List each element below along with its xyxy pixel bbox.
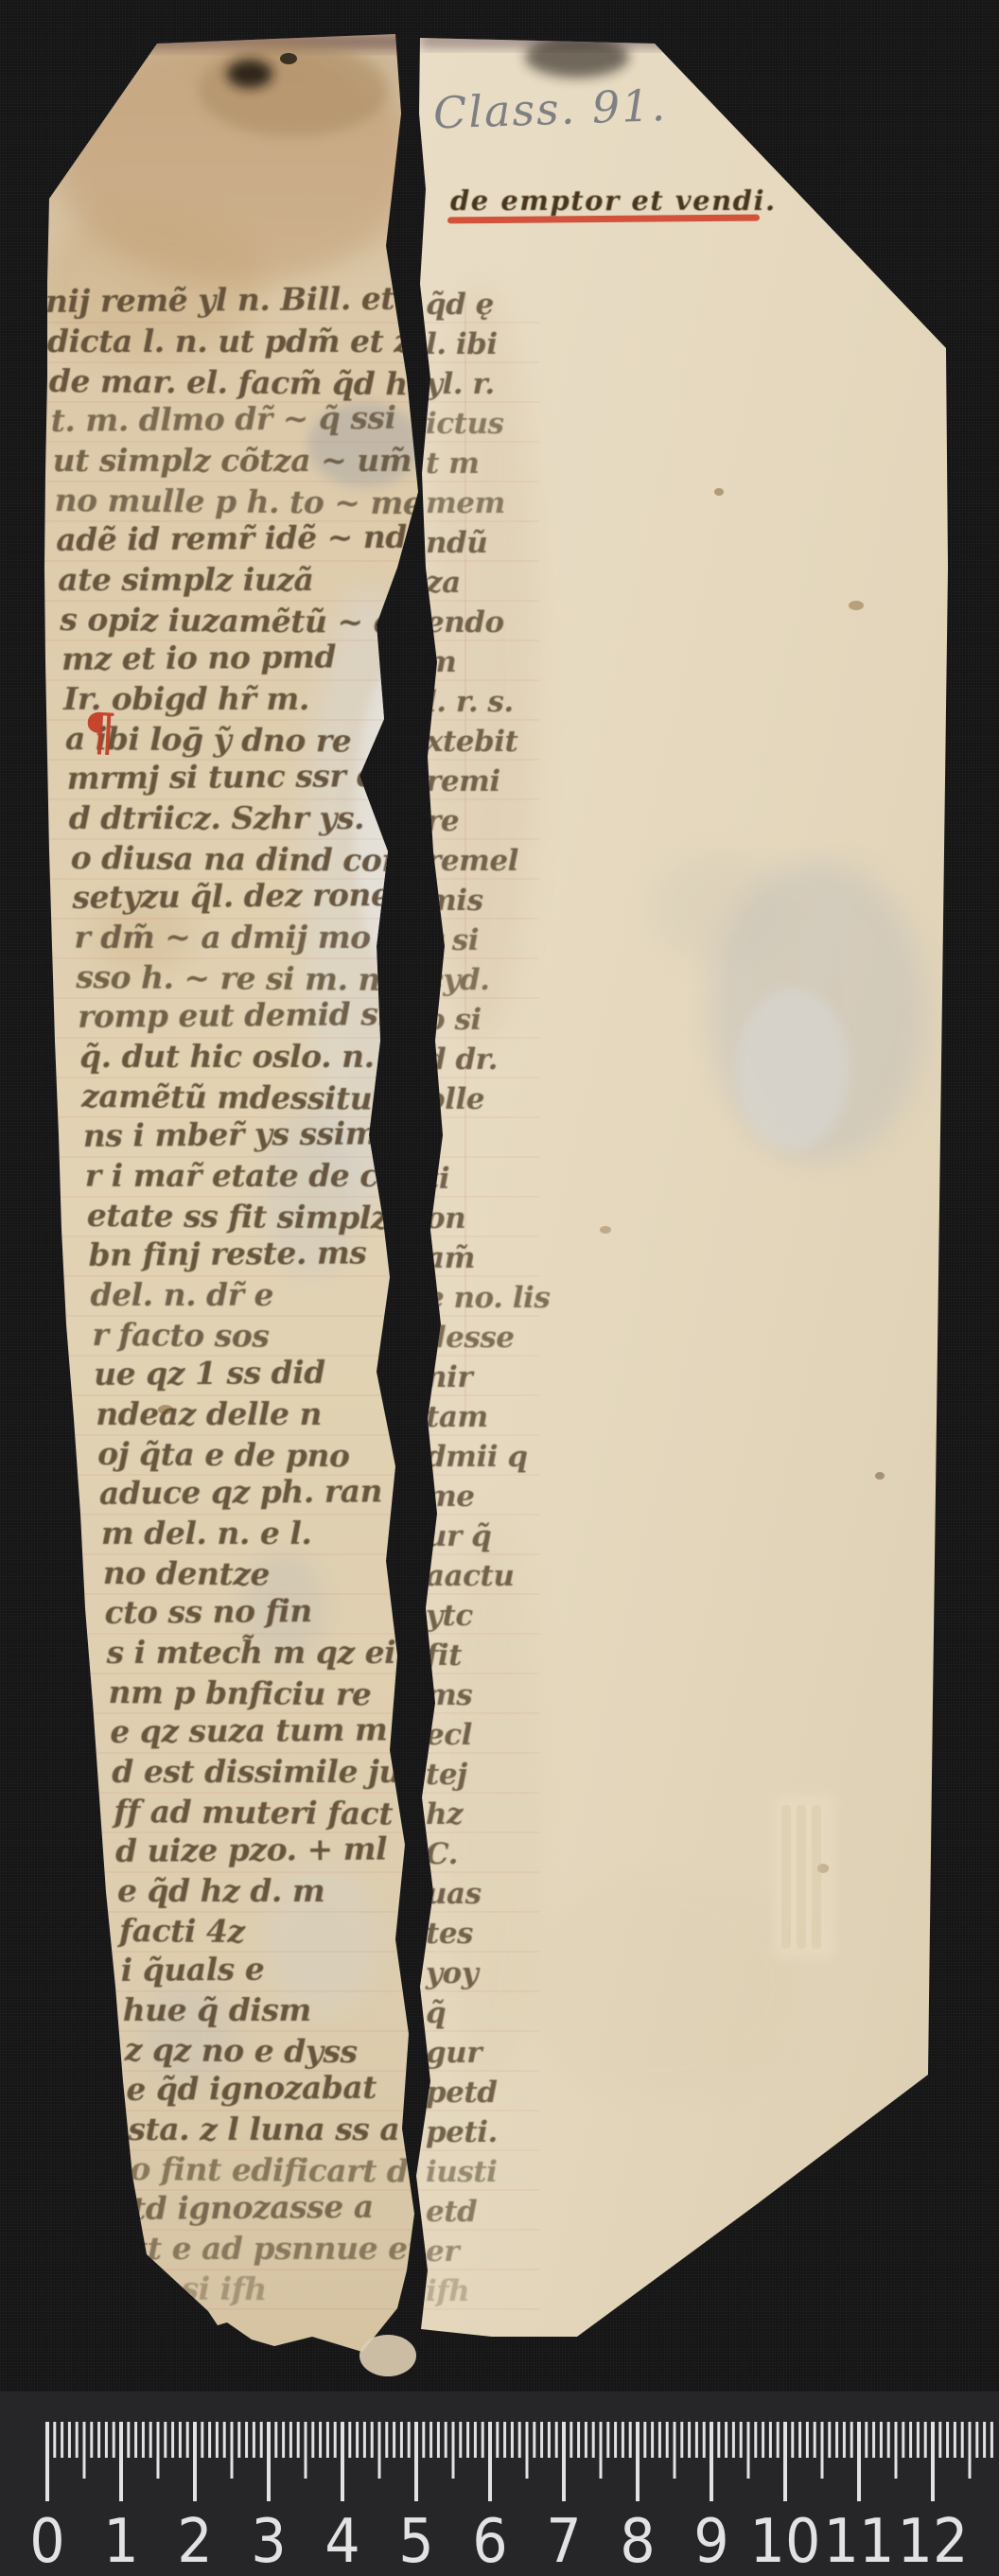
ruler-tick	[496, 2422, 499, 2458]
manuscript-line-fragment: er	[426, 2234, 462, 2269]
ruler-tick	[297, 2422, 300, 2458]
ruler-tick	[614, 2422, 617, 2458]
manuscript-line-fragment: endo	[426, 605, 504, 640]
manuscript-line: m del. n. e l.	[101, 1515, 311, 1551]
ruler-tick	[835, 2422, 838, 2458]
manuscript-line-fragment: l. ibi	[426, 327, 498, 361]
manuscript-line-fragment: ictus	[426, 407, 504, 441]
manuscript-line: z qz no e dyss	[124, 2031, 358, 2070]
manuscript-line-fragment: yoy	[425, 1956, 481, 1990]
manuscript-line: d uize pzo. + ml	[115, 1830, 387, 1869]
ruler-tick	[260, 2422, 263, 2458]
ruler-tick	[938, 2422, 941, 2458]
manuscript-line-fragment: mis	[426, 884, 483, 918]
ruler-tick	[806, 2422, 809, 2458]
ruler-tick	[393, 2422, 395, 2458]
manuscript-line-fragment: o si	[426, 1003, 482, 1037]
ruler-tick	[622, 2422, 624, 2458]
ruler-tick	[562, 2422, 566, 2501]
manuscript-line: nm p bnficiu re	[108, 1674, 371, 1712]
embossed-library-stamp	[774, 1796, 834, 1958]
pilcrow-mark: ¶	[82, 700, 118, 762]
ruler-tick	[880, 2422, 883, 2458]
manuscript-line-fragment: peti.	[426, 2115, 498, 2149]
manuscript-line-fragment: yl. r.	[425, 367, 495, 401]
manuscript-line: cto ss no fin	[104, 1592, 312, 1631]
ruler-tick	[769, 2422, 772, 2458]
ruler-tick	[570, 2422, 572, 2458]
ruler-tick	[53, 2422, 56, 2458]
manuscript-line: i q̃uals e	[121, 1951, 265, 1989]
ruler-tick	[540, 2422, 543, 2458]
ruler-tick	[518, 2422, 521, 2458]
manuscript-line: ndeaz delle n	[96, 1395, 322, 1432]
ruler-tick	[887, 2422, 890, 2458]
ruler-tick	[474, 2422, 477, 2458]
manuscript-line-fragment: olle	[426, 1082, 484, 1116]
manuscript-line: del. n. dr̃ e	[91, 1276, 274, 1313]
ruler-tick	[61, 2422, 63, 2458]
ruler-tick	[445, 2422, 447, 2458]
ruler-tick	[872, 2422, 875, 2458]
manuscript-line: r i mar̃ etate de cor	[85, 1157, 418, 1194]
manuscript-line-fragment: aactu	[426, 1559, 514, 1593]
manuscript-line-fragment: ur q̃	[426, 1519, 491, 1553]
manuscript-line: romp eut demid si	[78, 995, 390, 1035]
ruler-tick	[828, 2422, 831, 2458]
ruler-tick	[319, 2422, 322, 2458]
ruler-tick	[577, 2422, 580, 2458]
ruler-tick	[341, 2422, 344, 2501]
ruler-tick	[45, 2422, 49, 2501]
manuscript-line: q̃. dut hic oslo. n.	[79, 1038, 374, 1075]
ruler-tick	[216, 2422, 219, 2458]
ruler-tick	[975, 2422, 978, 2458]
ruler-tick	[378, 2422, 381, 2479]
ruler-tick	[76, 2422, 79, 2458]
manuscript-line: e qz suza tum m	[110, 1710, 387, 1750]
ruler-tick	[414, 2422, 418, 2501]
ruler-tick	[946, 2422, 949, 2458]
ruler-number: 9	[693, 2506, 728, 2576]
manuscript-line: no mulle p h. to ~ me	[54, 482, 422, 521]
ruler-tick	[422, 2422, 425, 2458]
manuscript-line-fragment: ms	[426, 1678, 472, 1712]
ruler-number: 5	[398, 2506, 433, 2576]
ruler-tick	[348, 2422, 351, 2458]
ruler-tick	[931, 2422, 935, 2501]
manuscript-line-fragment: on	[426, 1201, 465, 1235]
ruler-tick	[503, 2422, 506, 2458]
photograph: nij remẽ yl n. Bill. et q̃ddicta l. n. …	[0, 0, 999, 2576]
ruler-tick	[636, 2422, 640, 2501]
manuscript-line: ate simplz iuzã	[58, 561, 313, 598]
ruler-number: 10	[750, 2506, 821, 2576]
ruler-number: 12	[898, 2506, 969, 2576]
ruler-tick	[533, 2422, 535, 2458]
ruler-tick	[651, 2422, 654, 2458]
manuscript-line: aduce qz ph. ran	[99, 1472, 382, 1512]
ruler-tick	[969, 2422, 972, 2479]
ruler-tick	[142, 2422, 145, 2458]
ruler-tick	[149, 2422, 152, 2458]
ruler-tick	[134, 2422, 137, 2458]
ruler-tick	[482, 2422, 484, 2458]
manuscript-line-fragment: uas	[426, 1877, 482, 1911]
manuscript-line-fragment: tej	[426, 1758, 467, 1792]
manuscript-line: r dm̃ ~ a dmij mo	[74, 919, 370, 955]
ruler-tick	[466, 2422, 469, 2458]
ruler-tick	[666, 2422, 669, 2458]
manuscript-line: ut simplz cõtza ~ um̃	[53, 442, 412, 479]
manuscript-line-fragment: me	[426, 1480, 475, 1514]
ruler-tick	[821, 2422, 824, 2479]
manuscript-line: de mar. el. facm̃ q̃d h. y	[49, 362, 449, 403]
ruler: 0123456789101112	[0, 2392, 999, 2576]
ruler-tick	[223, 2422, 226, 2458]
ruler-tick	[954, 2422, 956, 2458]
manuscript-line-fragment: za	[425, 566, 461, 600]
manuscript-line: s opiz iuzamẽtũ ~ en	[59, 601, 415, 640]
ruler-tick	[289, 2422, 292, 2458]
manuscript-line: s i mtech̃ m qz ei	[106, 1634, 396, 1671]
manuscript-line: ff ad muteri fact	[112, 1793, 393, 1832]
ruler-tick	[658, 2422, 661, 2458]
ruler-tick	[208, 2422, 211, 2458]
ruler-tick	[511, 2422, 514, 2458]
ruler-tick	[703, 2422, 706, 2458]
ruler-tick	[902, 2422, 904, 2458]
manuscript-line: zamẽtũ mdessitum	[80, 1078, 405, 1117]
ruler-tick	[762, 2422, 764, 2458]
manuscript-line-fragment: etd	[426, 2195, 477, 2229]
ruler-tick	[164, 2422, 166, 2458]
ruler-number: 1	[103, 2506, 138, 2576]
ruler-tick	[201, 2422, 203, 2458]
manuscript-line-fragment: nir	[426, 1360, 475, 1394]
ruler-tick	[555, 2422, 558, 2458]
ruler-tick	[97, 2422, 100, 2458]
manuscript-line: sta. z l luna ss a	[127, 2111, 399, 2147]
ruler-tick	[282, 2422, 285, 2458]
ruler-number: 8	[620, 2506, 655, 2576]
ruler-tick	[157, 2422, 160, 2479]
ruler-tick	[740, 2422, 743, 2458]
ruler-number: 6	[472, 2506, 507, 2576]
ruler-tick	[747, 2422, 750, 2479]
ruler-tick	[783, 2422, 787, 2501]
ruler-tick	[371, 2422, 374, 2458]
ruler-tick	[843, 2422, 846, 2458]
ruler-tick	[798, 2422, 801, 2458]
ruler-tick	[895, 2422, 898, 2479]
ruler-tick	[83, 2422, 86, 2479]
manuscript-line: ue qz 1 ss did	[94, 1354, 325, 1393]
ruler-tick	[253, 2422, 255, 2458]
manuscript-line-fragment: m	[426, 645, 456, 679]
ruler-tick	[179, 2422, 182, 2458]
manuscript-line-fragment: xtebit	[425, 725, 518, 759]
manuscript-line: r facto sos	[92, 1316, 269, 1355]
ruler-tick	[732, 2422, 735, 2458]
manuscript-line-fragment: petd	[426, 2076, 497, 2110]
manuscript-line: mrmj si tunc ssr el	[67, 757, 387, 797]
manuscript-line: etate ss fit simplz sal	[87, 1197, 447, 1236]
manuscript-line: nij remẽ yl n. Bill. et q̃d	[45, 279, 448, 320]
ruler-tick	[600, 2422, 603, 2479]
ruler-tick	[629, 2422, 632, 2458]
ruler-tick	[791, 2422, 794, 2458]
manuscript-line-fragment: mem	[426, 486, 505, 520]
ruler-tick	[990, 2422, 993, 2458]
manuscript-line: t. m. dlmo dr̃ ~ q̃ ssi	[50, 399, 395, 439]
ruler-tick	[245, 2422, 248, 2458]
manuscript-line: hue q̃ dism	[123, 1991, 311, 2028]
ruler-tick	[311, 2422, 314, 2458]
manuscript-line: o diusa na dind cor	[71, 839, 401, 879]
ruler-tick	[267, 2422, 271, 2501]
manuscript-line: e q̃d ignozabat	[126, 2069, 377, 2108]
manuscript-line-fragment: desse	[426, 1321, 515, 1355]
manuscript-line: facti 4z	[117, 1912, 247, 1950]
manuscript-line-fragment: t m	[426, 447, 479, 481]
ruler-tick	[606, 2422, 609, 2458]
manuscript-line: o fint edificart d	[130, 2150, 409, 2190]
ruler-tick	[924, 2422, 927, 2458]
manuscript-line-fragment: y si	[425, 923, 479, 957]
manuscript-line: re si ifh	[135, 2269, 267, 2307]
ruler-tick	[68, 2422, 71, 2458]
parchment-scrap	[359, 2335, 416, 2376]
manuscript-line-fragment: iusti	[426, 2155, 497, 2189]
manuscript-line-fragment: cyd.	[426, 963, 489, 997]
ruler-number: 4	[324, 2506, 359, 2576]
ruler-tick	[857, 2422, 861, 2501]
ruler-tick	[695, 2422, 698, 2458]
manuscript-line-fragment: q̃d ę	[426, 288, 494, 322]
ruler-tick	[865, 2422, 868, 2458]
ruler-tick	[326, 2422, 329, 2458]
manuscript-line-fragment: re	[426, 804, 459, 838]
ruler-tick	[643, 2422, 646, 2458]
manuscript-line-fragment: tam	[426, 1400, 488, 1434]
manuscript-line-fragment: ndũ	[426, 526, 487, 560]
manuscript-line-fragment: remi	[426, 764, 500, 798]
ruler-tick	[105, 2422, 108, 2458]
ruler-tick	[459, 2422, 462, 2458]
ruler-tick	[452, 2422, 455, 2479]
ruler-tick	[909, 2422, 912, 2458]
manuscript-line-fragment: hz	[426, 1797, 464, 1831]
ruler-tick	[90, 2422, 93, 2458]
ruler-tick	[385, 2422, 388, 2458]
ruler-number: 0	[29, 2506, 64, 2576]
ruler-tick	[231, 2422, 234, 2479]
ruler-tick	[305, 2422, 307, 2479]
ruler-tick	[113, 2422, 115, 2458]
ruler-tick	[917, 2422, 920, 2458]
manuscript-line: d est dissimile ju	[112, 1753, 401, 1790]
manuscript-line-fragment: l. r. s.	[426, 685, 514, 719]
ruler-tick	[429, 2422, 432, 2458]
manuscript-line: oj q̃ta e de pno	[97, 1435, 350, 1474]
ruler-tick	[674, 2422, 676, 2479]
ruler-tick	[237, 2422, 240, 2458]
ruler-number: 11	[824, 2506, 895, 2576]
manuscript-line-fragment: tes	[426, 1917, 473, 1951]
ruler-tick	[592, 2422, 595, 2458]
manuscript-line: no dentze	[103, 1554, 270, 1593]
manuscript-line-fragment: ifh	[426, 2274, 469, 2308]
manuscript-line-fragment: ti	[426, 1162, 449, 1196]
ruler-tick	[193, 2422, 197, 2501]
manuscript-line-fragment: d dr.	[426, 1043, 498, 1077]
ruler-tick	[274, 2422, 277, 2458]
manuscript-line: dicta l. n. ut pdm̃ et z l	[47, 323, 433, 359]
ruler-tick	[688, 2422, 691, 2458]
manuscript-line-fragment: e no. lis	[426, 1281, 550, 1315]
ruler-tick	[777, 2422, 780, 2458]
ruler-tick	[717, 2422, 720, 2458]
manuscript-line-fragment: gur	[426, 2036, 484, 2070]
manuscript-line-fragment: remel	[426, 844, 518, 878]
ruler-tick	[754, 2422, 757, 2458]
manuscript-line: bn finj reste. ms	[88, 1234, 366, 1273]
manuscript-line: ns i mber̃ ys ssim	[83, 1114, 378, 1154]
ruler-tick	[814, 2422, 816, 2458]
ruler-tick	[171, 2422, 174, 2458]
ruler-tick	[400, 2422, 403, 2458]
manuscript-line: mz et io no pmd	[61, 638, 337, 677]
ruler-tick	[983, 2422, 986, 2458]
shelfmark-inscription: Class. 91.	[432, 79, 668, 139]
manuscript-line-fragment: C.	[426, 1837, 458, 1871]
manuscript-line: tt e ad psnnue er	[133, 2230, 427, 2267]
manuscript-line-fragment: l	[426, 1122, 436, 1156]
ruler-tick	[680, 2422, 683, 2458]
ruler-tick	[119, 2422, 123, 2501]
manuscript-line-fragment: dmii q	[426, 1440, 528, 1474]
ruler-tick	[725, 2422, 727, 2458]
manuscript-line-fragment: am̃	[426, 1241, 475, 1275]
manuscript-line: d dtriicz. Szhr ys.	[69, 799, 364, 836]
ruler-tick	[961, 2422, 964, 2458]
ruler-tick	[437, 2422, 440, 2458]
ruler-tick	[363, 2422, 366, 2458]
ruler-tick	[710, 2422, 713, 2501]
manuscript-line-fragment: ecl	[426, 1718, 472, 1752]
ruler-tick	[186, 2422, 189, 2458]
ruler-tick	[334, 2422, 337, 2458]
manuscript-line: td ignozasse a	[131, 2188, 374, 2227]
ruler-tick	[127, 2422, 130, 2458]
ruler-tick	[585, 2422, 587, 2458]
ruler-number: 2	[177, 2506, 212, 2576]
ruler-tick	[408, 2422, 411, 2458]
manuscript-line-fragment: ytc	[425, 1599, 473, 1633]
manuscript-line: sso h. ~ re si m. n	[75, 958, 380, 998]
manuscript-line: setyzu q̃l. dez rone l	[71, 876, 412, 916]
ruler-tick	[526, 2422, 529, 2479]
ruler-number: 3	[251, 2506, 286, 2576]
manuscript-line-fragment: fit	[424, 1638, 463, 1673]
ruler-tick	[356, 2422, 359, 2458]
ruler-number: 7	[546, 2506, 581, 2576]
ruler-tick	[850, 2422, 853, 2458]
manuscript-line-fragment: q̃	[426, 1996, 446, 2030]
ruler-tick	[488, 2422, 492, 2501]
manuscript-line: e q̃d hz d. m	[117, 1872, 324, 1909]
ruler-tick	[548, 2422, 551, 2458]
manuscript-line: adẽ id remr̃ idẽ ~ nd	[56, 518, 407, 558]
rubric-heading: de emptor et vendi.	[450, 184, 777, 217]
